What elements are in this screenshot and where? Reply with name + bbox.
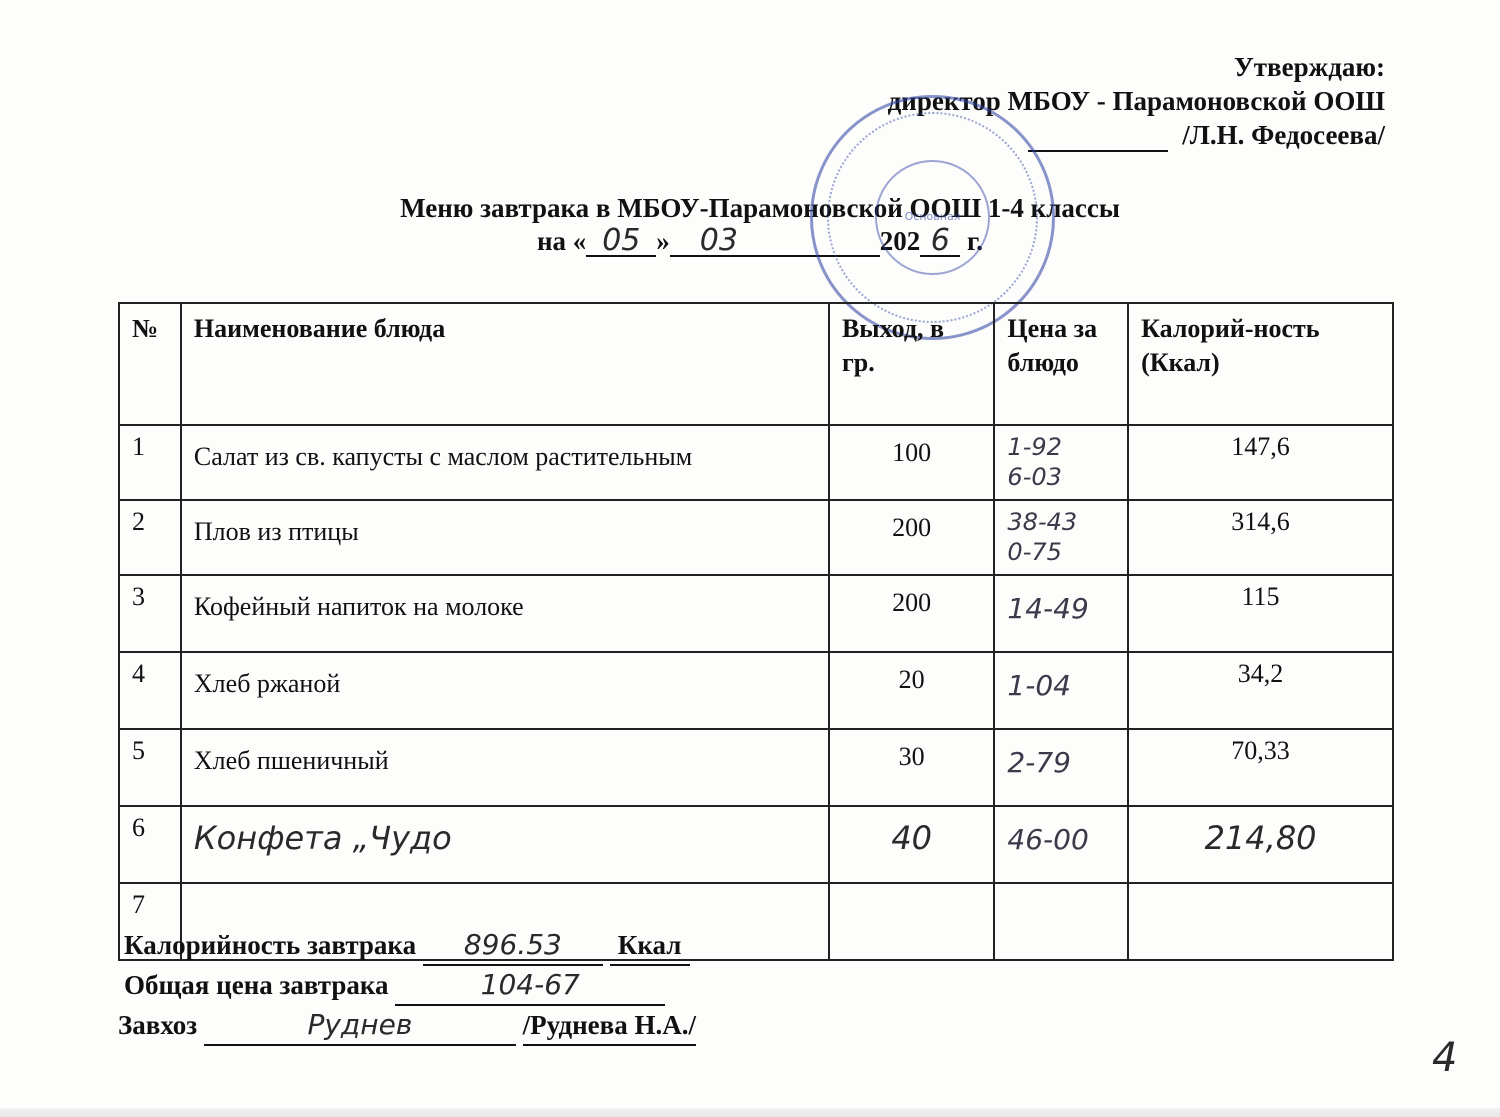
dish-kcal: 70,33	[1128, 729, 1393, 806]
summary-price: Общая цена завтрака 104-67	[124, 966, 696, 1006]
dish-name: Хлеб пшеничный	[181, 729, 829, 806]
table-row: 5Хлеб пшеничный302-7970,33	[119, 729, 1393, 806]
document-title: Меню завтрака в МБОУ-Парамоновской ООШ 1…	[0, 192, 1500, 258]
dish-kcal: 34,2	[1128, 652, 1393, 729]
table-row: 4Хлеб ржаной201-0434,2	[119, 652, 1393, 729]
dish-price: 46-00	[994, 806, 1128, 883]
price-value: 46-00	[1007, 825, 1115, 855]
dish-output: 40	[829, 806, 994, 883]
title-line: Меню завтрака в МБОУ-Парамоновской ООШ 1…	[0, 192, 1500, 225]
director-signature-line	[1028, 124, 1168, 152]
price-value: 14-49	[1007, 594, 1115, 624]
dish-price: 2-79	[994, 729, 1128, 806]
page-number: 4	[1432, 1035, 1457, 1081]
dish-price: 1-04	[994, 652, 1128, 729]
row-num: 2	[119, 500, 181, 575]
dish-name: Салат из св. капусты с маслом растительн…	[181, 425, 829, 500]
approval-signature-row: /Л.Н. Федосеева/	[888, 118, 1385, 152]
manager-signature: Руднев	[204, 1006, 516, 1046]
row-num: 4	[119, 652, 181, 729]
dish-price: 14-49	[994, 575, 1128, 652]
table-row: 1Салат из св. капусты с маслом раститель…	[119, 425, 1393, 500]
dish-output: 100	[829, 425, 994, 500]
price-value: 1-92	[1007, 432, 1115, 462]
dish-output	[829, 883, 994, 960]
dish-kcal: 314,6	[1128, 500, 1393, 575]
kcal-total: 896.53	[423, 926, 603, 966]
dish-kcal: 147,6	[1128, 425, 1393, 500]
dish-price: 38-430-75	[994, 500, 1128, 575]
price-value: 38-43	[1007, 507, 1115, 537]
table-row: 6Конфета „Чудо4046-00214,80	[119, 806, 1393, 883]
dish-kcal: 214,80	[1128, 806, 1393, 883]
dish-output: 200	[829, 575, 994, 652]
dish-kcal: 115	[1128, 575, 1393, 652]
dish-kcal	[1128, 883, 1393, 960]
dish-name: Плов из птицы	[181, 500, 829, 575]
dish-price	[994, 883, 1128, 960]
menu-date: на «05»032026 г.	[0, 225, 1500, 258]
date-day: 05	[586, 227, 656, 257]
row-num: 5	[119, 729, 181, 806]
date-year-digit: 6	[920, 227, 960, 257]
director-name: /Л.Н. Федосеева/	[1182, 120, 1385, 150]
dish-name: Конфета „Чудо	[181, 806, 829, 883]
dish-name: Хлеб ржаной	[181, 652, 829, 729]
dish-output: 20	[829, 652, 994, 729]
dish-output: 30	[829, 729, 994, 806]
date-month: 03	[670, 227, 880, 257]
price-value: 2-79	[1007, 748, 1115, 778]
header-output: Выход, в гр.	[829, 303, 994, 425]
approval-block: Утверждаю: директор МБОУ - Парамоновской…	[888, 50, 1385, 152]
menu-table: № Наименование блюда Выход, в гр. Цена з…	[118, 302, 1394, 961]
dish-name: Кофейный напиток на молоке	[181, 575, 829, 652]
dish-output: 200	[829, 500, 994, 575]
table-row: 3Кофейный напиток на молоке20014-49115	[119, 575, 1393, 652]
price-value: 1-04	[1007, 671, 1115, 701]
table-row: 2Плов из птицы20038-430-75314,6	[119, 500, 1393, 575]
header-num: №	[119, 303, 181, 425]
approval-heading: Утверждаю:	[888, 50, 1385, 84]
summary-block: Калорийность завтрака 896.53 Ккал Общая …	[124, 926, 696, 1046]
summary-manager: Завхоз Руднев /Руднева Н.А./	[118, 1006, 696, 1046]
summary-kcal: Калорийность завтрака 896.53 Ккал	[124, 926, 696, 966]
price-total: 104-67	[395, 966, 665, 1006]
header-name: Наименование блюда	[181, 303, 829, 425]
approval-position: директор МБОУ - Парамоновской ООШ	[888, 84, 1385, 118]
dish-price: 1-926-03	[994, 425, 1128, 500]
header-price: Цена за блюдо	[994, 303, 1128, 425]
row-num: 3	[119, 575, 181, 652]
price-value: 6-03	[1007, 462, 1115, 492]
manager-name: /Руднева Н.А./	[523, 1006, 696, 1046]
table-header-row: № Наименование блюда Выход, в гр. Цена з…	[119, 303, 1393, 425]
row-num: 1	[119, 425, 181, 500]
row-num: 6	[119, 806, 181, 883]
scan-edge	[0, 1108, 1500, 1117]
header-kcal: Калорий-ность (Ккал)	[1128, 303, 1393, 425]
price-value: 0-75	[1007, 537, 1115, 567]
